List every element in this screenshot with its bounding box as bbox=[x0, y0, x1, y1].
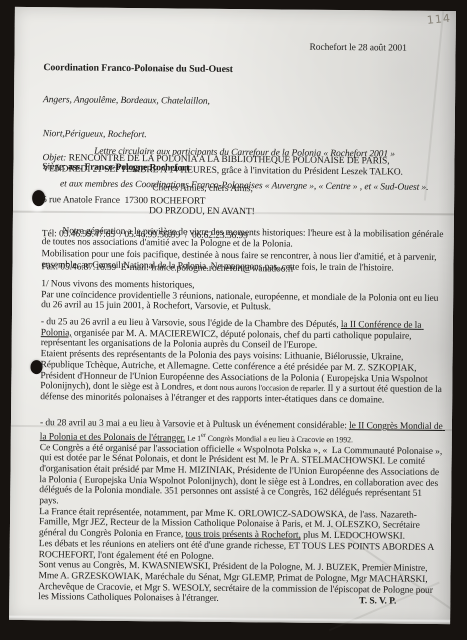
letterhead-cities-1: Angers, Angoulême, Bordeaux, Chatelaillo… bbox=[43, 96, 447, 111]
paper-bottom-edge bbox=[9, 615, 450, 624]
org-name: Coordination Franco-Polonaise du Sud-Oue… bbox=[43, 62, 447, 77]
date-line: Rochefort le 28 août 2001 bbox=[310, 43, 450, 55]
scan-background: 114 Coordination Franco-Polonaise du Sud… bbox=[0, 0, 467, 640]
paragraph-generation: Notre génération a le privilège de vivre… bbox=[41, 226, 445, 275]
letter-page: 114 Coordination Franco-Polonaise du Sud… bbox=[9, 7, 456, 624]
objet-paragraph: Objet: RENCONTRE DE LA POLONIA A LA BIBL… bbox=[42, 153, 446, 179]
paragraph-congres-mondial: - du 28 avril au 3 mai a eu lieu à Varso… bbox=[38, 418, 444, 607]
paragraph-conference-varsovie: - du 25 au 26 avril a eu lieu à Varsovie… bbox=[40, 317, 445, 406]
handwritten-page-number: 114 bbox=[426, 10, 467, 27]
paragraph-moments-historiques: 1/ Nous vivons des moments historiques, … bbox=[41, 279, 445, 315]
